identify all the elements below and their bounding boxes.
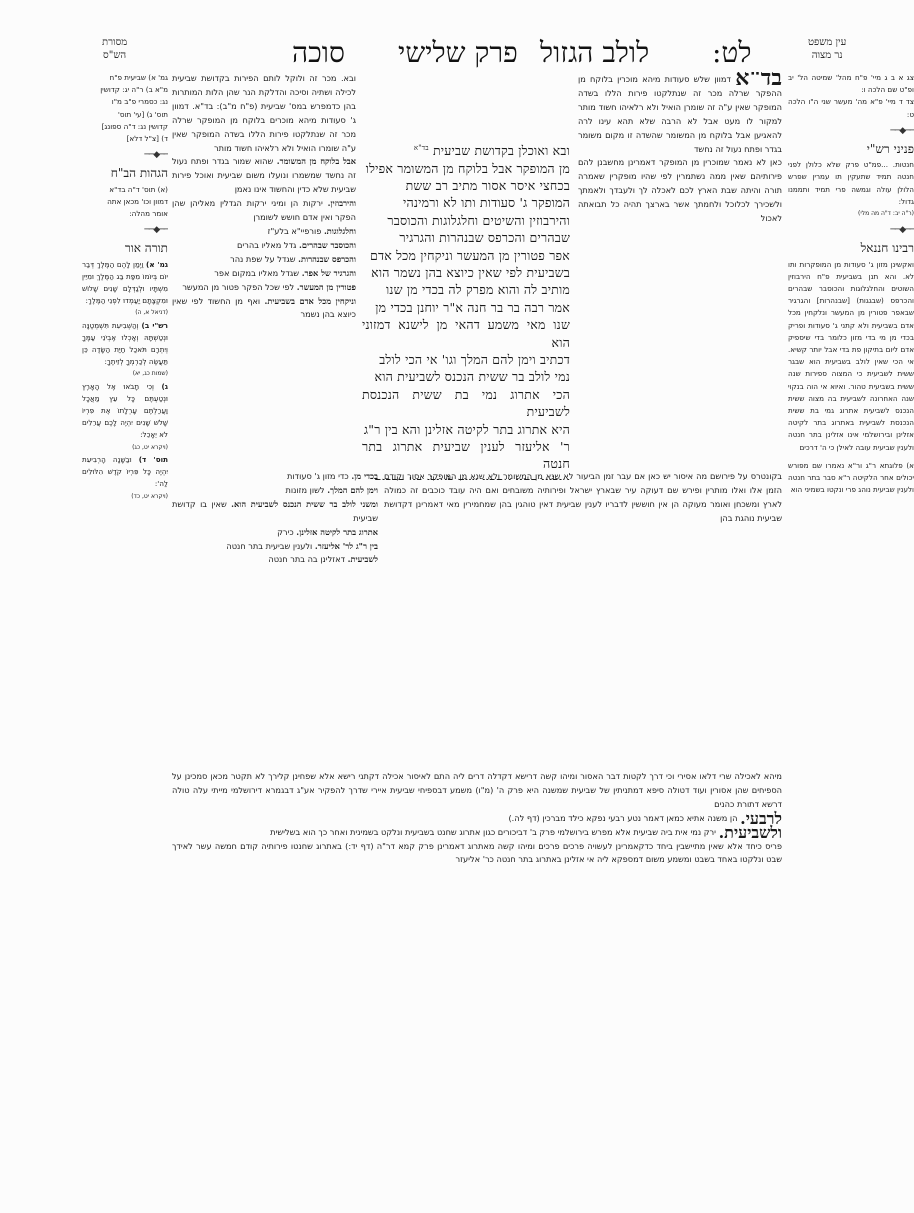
masoret-line: נג: כסמרי פ"ב מ"ו xyxy=(82,96,168,108)
verse-source: (שמות כג, יא) xyxy=(82,368,168,380)
gemara-line: והירבוזין והשיטים וחלגלוגות והכוסבר xyxy=(362,212,570,229)
tosafot-text: פריס כיחד אלא שאין מתיישבין ביחד כדקאמרי… xyxy=(172,840,782,868)
rashi-entry: ומשני לולב בר ששית הנכנס לשביעית הוא. שא… xyxy=(172,498,378,526)
gemara-line: בכחצי איסר אסור מתיב רב ששת xyxy=(362,177,570,194)
ein-mishpat-entry: צג א ב ג מיי' פ"ח מהל' שמיטה הל' יב ופ"ט… xyxy=(788,72,914,96)
gemara-line: ר' אליעזר לענין שביעית אתרוג בתר חנטה xyxy=(362,438,570,473)
rashi-text: לשון מזונות xyxy=(286,485,325,495)
entry-label: ג) xyxy=(162,382,169,391)
torah-or: תורה אור גמ' א) וַיְמַן לָהֶם הַמֶּלֶךְ … xyxy=(82,242,168,502)
section-title: פניני רש"י xyxy=(788,143,914,155)
rashi-column-continued: בכדי מן. כדי מזון ג' סעודות וימן להם המל… xyxy=(172,470,378,770)
rashi-entry: בין ר"ג לר' אליעזר. ולענין שביעית בתר חנ… xyxy=(172,540,378,554)
masoret-line: גמ' א) שביעית פ"ח xyxy=(82,72,168,84)
hagahot-line: אומר מהלה: xyxy=(82,208,168,220)
dibbur-hamatchil: והכוסבר שבהרים. xyxy=(299,240,356,250)
masoret-line: קדושין נג: ד"ה ספונג] xyxy=(82,121,168,133)
hagahot-line: (א) תוס' ד"ה בד"א xyxy=(82,184,168,196)
rashi-entry: והגרגיר של אפר. שגדל מאליו במקום אפר xyxy=(172,267,356,281)
tosafot-column-top: בד"א דמוון שלש סעודות מיהא מוכרין בלוקח … xyxy=(578,72,782,467)
rashi-entry: וחלגלוגות. פורפיי"א בלע"ז xyxy=(172,225,356,239)
ornament-divider: ──◆── xyxy=(788,224,914,236)
dibbur-hamatchil: ולשביעית. xyxy=(719,823,782,842)
gemara-line: הכי אתרוג נמי בת ששית הנכנסת לשביעית xyxy=(362,386,570,421)
gemara-line: המופקר ג' סעודות ותו לא ורמינהי xyxy=(362,194,570,211)
tosafot-entry: כאן לא נאמר שמוכרין מן המופקר דאמרינן מח… xyxy=(578,156,782,226)
hagahot-line: דמוון וכו' מכאן אתה xyxy=(82,196,168,208)
ornament-divider: ──◆── xyxy=(82,224,168,236)
dibbur-hamatchil: וניקחין מכל אדם בשביעית. xyxy=(264,296,356,306)
rashi-text: כדי מזון ג' סעודות xyxy=(287,471,349,481)
gemara-line: מותיב לה והוא מפרק לה בכדי מן שנו xyxy=(362,281,570,298)
dibbur-hamatchil: אתרוג בתר לקיטה אזלינן. xyxy=(296,527,378,537)
ein-mishpat-entry: צד ד מיי' פ"א מה' מעשר שני ה"ו הלכה ט: xyxy=(788,96,914,120)
ein-mishpat: צג א ב ג מיי' פ"ח מהל' שמיטה הל' יב ופ"ט… xyxy=(788,72,914,121)
rashi-text: לפי שכל הפקר פטור מן המעשר xyxy=(182,282,294,292)
torah-or-entry: תוס' ד) וּבַשָּׁנָה הָרְבִיעִת יִהְיֶה כ… xyxy=(82,454,168,491)
torah-or-entry: ג) וְכִי תָבֹאוּ אֶל הָאָרֶץ וּנְטַעְתֶּ… xyxy=(82,381,168,442)
tosafot-column-continued: בקונטרס על פירושם מה איסור יש כאן אם עבר… xyxy=(384,470,782,770)
tosafot-entry: בד"א דמוון שלש סעודות מיהא מוכרין בלוקח … xyxy=(578,72,782,156)
gemara-line: אמר רבה בר בר חנה א"ר יוחנן בכדי מן xyxy=(362,299,570,316)
dibbur-hamatchil: אבל בלוקח מן המשומר. xyxy=(277,156,356,166)
pninei-rashi: פניני רש"י חנטות. ...פמ"ט פרק שלא כלולן … xyxy=(788,143,914,220)
rashi-entry: פטורין מן המעשר. לפי שכל הפקר פטור מן המ… xyxy=(172,281,356,295)
dibbur-hamatchil: וימן להם המלך. xyxy=(327,485,378,495)
ein-mishpat-label: עין משפט נר מצוה xyxy=(808,36,846,62)
daf-number: לט: xyxy=(712,36,751,70)
rashi-entry: וימן להם המלך. לשון מזונות xyxy=(172,484,378,498)
rashi-entry: והכוסבר שבהרים. גדל מאליו בהרים xyxy=(172,239,356,253)
gemara-line: אפר פטורין מן המעשר וניקחין מכל אדם xyxy=(362,247,570,264)
dibbur-hamatchil: לשביעית. xyxy=(348,554,378,564)
rashi-entry: והכרפס שבנהרות. שגדל על שפת נהר xyxy=(172,253,356,267)
gemara-line: נמי לולב בר ששית הנכנס לשביעית הוא xyxy=(362,368,570,385)
entry-label: גמ' א) xyxy=(146,260,168,269)
verse-source: (ויקרא יט, כד) xyxy=(82,491,168,503)
ornament-divider: ──◆── xyxy=(82,149,168,161)
dibbur-hamatchil: פטורין מן המעשר. xyxy=(297,282,356,292)
verse-source: (ויקרא יט, כג) xyxy=(82,442,168,454)
dibbur-hamatchil: וחלגלוגות. xyxy=(324,226,356,236)
chapter-name: לולב הגזול xyxy=(540,36,649,70)
section-title: רבינו חננאל xyxy=(788,242,914,254)
label-line: מסורת xyxy=(102,36,127,49)
source-marker: בד"א xyxy=(414,144,429,152)
gemara-line: שנו מאי משמע דהאי מן לישנא דמזוני הוא xyxy=(362,316,570,351)
masoret-line: ד) [צ"ל דלא] xyxy=(82,133,168,145)
right-margin-column: צג א ב ג מיי' פ"ח מהל' שמיטה הל' יב ופ"ט… xyxy=(788,72,914,632)
pninei-rashi-text: חנטות. ...פמ"ט פרק שלא כלולן לפני חנטה ת… xyxy=(788,159,914,208)
gemara-line: דכתיב וימן להם המלך וגו' אי הכי לולב xyxy=(362,351,570,368)
tosafot-text: בקונטרס על פירושם מה איסור יש כאן אם עבר… xyxy=(384,470,782,526)
pninei-rashi-source: (ר"ה יב: ד"ה מה מלי) xyxy=(788,208,914,220)
rashi-text: כירק xyxy=(277,527,294,537)
rashi-text: פורפיי"א בלע"ז xyxy=(268,226,322,236)
gemara-line-text: ובא ואוכלן בקדושת שביעית xyxy=(429,143,570,158)
tractate-name: סוכה xyxy=(292,36,345,70)
rabbeinu-chananel: רבינו חננאל ואקשינן מזון ג' סעודות מן המ… xyxy=(788,242,914,496)
gemara-line: היא אתרוג בתר לקיטה אזלינן והא בין ר"ג xyxy=(362,421,570,438)
rabbeinu-chananel-text: ואקשינן מזון ג' סעודות מן המופקרות ותו ל… xyxy=(788,259,914,454)
tosafot-entry: ולשביעית. ירק נמי אית ביה שביעית אלא מפר… xyxy=(172,826,782,840)
masoret-hashas: גמ' א) שביעית פ"ח מ"א ב) ר"ה יג: קדושין … xyxy=(82,72,168,145)
label-line: הש"ס xyxy=(102,49,127,62)
rashi-entry: אתרוג בתר לקיטה אזלינן. כירק xyxy=(172,526,378,540)
gemara-line: שבהרים והכרפס שבנהרות והגרגיר xyxy=(362,229,570,246)
dibbur-hamatchil: והגרגיר של אפר. xyxy=(302,268,356,278)
rashi-column-top: ובא. מכר זה ולוקל לותם הפירות בקדושת שבי… xyxy=(172,72,356,467)
tosafot-text: ירק נמי אית ביה שביעית אלא מפרש בירושלמי… xyxy=(270,827,716,837)
entry-label: תוס' ד) xyxy=(139,455,168,464)
tosafot-text: כאן לא נאמר שמוכרין מן המופקר דאמרינן מח… xyxy=(578,157,782,223)
tosafot-bottom: מיהא לאכילה שרי דלאו אסירי וכי דרך לקטות… xyxy=(172,770,782,1070)
dibbur-hamatchil: בין ר"ג לר' אליעזר. xyxy=(315,541,378,551)
gemara-text: ובא ואוכלן בקדושת שביעית בד"א מן המופקר … xyxy=(362,140,570,480)
tosafot-entry: לרבעי. הן משנה אתיא כמאן דאמר נטע רבעי נ… xyxy=(172,812,782,826)
tosafot-text: הן משנה אתיא כמאן דאמר נטע רבעי נפקא כיל… xyxy=(508,813,737,823)
ornament-divider: ──◆── xyxy=(788,125,914,137)
entry-label: רש"י ב) xyxy=(142,321,168,330)
label-line: עין משפט xyxy=(808,36,846,49)
masoret-line: מ"א ב) ר"ה יג: קדושין xyxy=(82,84,168,96)
masoret-line: תוס' ג) [עי' תוס' xyxy=(82,109,168,121)
rashi-text: דאזלינן בה בתר חנטה xyxy=(268,554,345,564)
gemara-line: בשביעית לפי שאין כיוצא בהן נשמר הוא xyxy=(362,264,570,281)
dibbur-hamatchil: והכרפס שבנהרות. xyxy=(298,254,356,264)
dibbur-hamatchil: ומשני לולב בר ששית הנכנס לשביעית הוא. xyxy=(231,499,378,509)
gemara-line: מן המופקר אבל בלוקח מן המשומר אפילו xyxy=(362,160,570,177)
dibbur-hamatchil: בכדי מן. xyxy=(351,471,378,481)
torah-or-entry: גמ' א) וַיְמַן לָהֶם הַמֶּלֶךְ דְּבַר יו… xyxy=(82,259,168,308)
masoret-hashas-label: מסורת הש"ס xyxy=(102,36,127,62)
label-line: נר מצוה xyxy=(808,49,846,62)
torah-or-entry: רש"י ב) וְהַשְּׁבִיעִת תִּשְׁמְטֶנָּה וּ… xyxy=(82,320,168,369)
rabbeinu-chananel-note: א) פלוגתא ר"ג ור"א נאמרו שם מפורש יכולים… xyxy=(788,460,914,497)
rashi-text: שגדל מאליו במקום אפר xyxy=(214,268,299,278)
rashi-entry: בכדי מן. כדי מזון ג' סעודות xyxy=(172,470,378,484)
dibbur-hamatchil: והירבוזין. xyxy=(328,198,356,208)
tosafot-text: מיהא לאכילה שרי דלאו אסירי וכי דרך לקטות… xyxy=(172,770,782,812)
rashi-text: ולענין שביעית בתר חנטה xyxy=(226,541,312,551)
gemara-line: ובא ואוכלן בקדושת שביעית בד"א xyxy=(362,140,570,160)
section-title: תורה אור xyxy=(82,242,168,254)
left-margin-column: גמ' א) שביעית פ"ח מ"א ב) ר"ה יג: קדושין … xyxy=(82,72,168,612)
rashi-entry: וניקחין מכל אדם בשביעית. ואף מן החשוד לפ… xyxy=(172,295,356,323)
rashi-text: גדל מאליו בהרים xyxy=(237,240,296,250)
chapter-number: פרק שלישי xyxy=(398,36,518,70)
verse-text: וְכִי תָבֹאוּ אֶל הָאָרֶץ וּנְטַעְתֶּם כ… xyxy=(82,382,168,440)
rashi-text: שגדל על שפת נהר xyxy=(230,254,295,264)
rashi-text: ובא. מכר זה ולוקל לותם הפירות בקדושת שבי… xyxy=(172,72,356,155)
section-title: הגהות הב"ח xyxy=(82,167,168,179)
hagahot-habach: הגהות הב"ח (א) תוס' ד"ה בד"א דמוון וכו' … xyxy=(82,167,168,220)
rashi-entry: לשביעית. דאזלינן בה בתר חנטה xyxy=(172,553,378,567)
verse-source: (דניאל א, ה) xyxy=(82,307,168,319)
rashi-entry: אבל בלוקח מן המשומר. שהוא שמור בגדר ופתח… xyxy=(172,155,356,197)
rashi-entry: והירבוזין. ירקות הן ומיני ירקות הגדלין מ… xyxy=(172,197,356,225)
